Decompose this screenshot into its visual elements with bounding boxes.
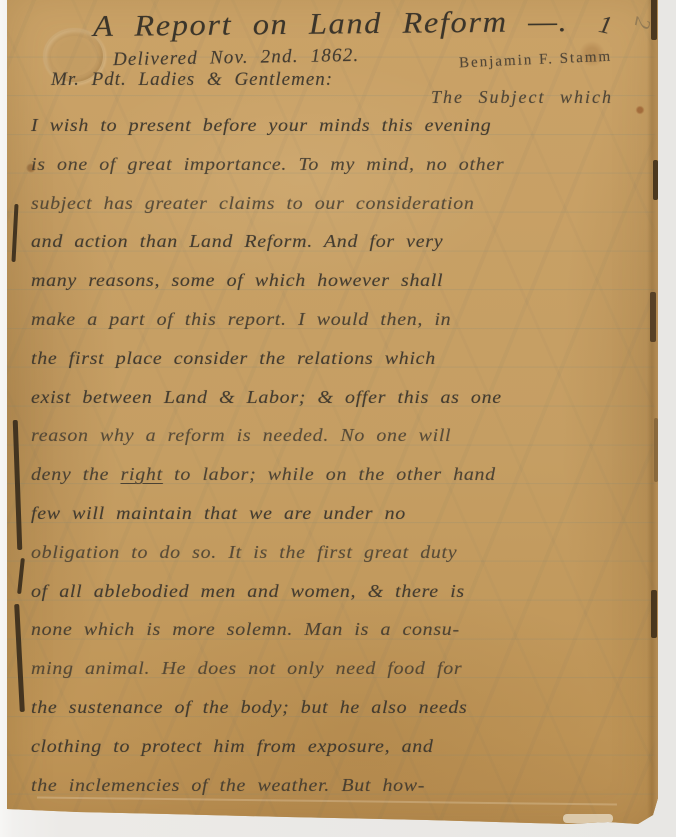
manuscript-line: of all ablebodied men and women, & there… [31,572,504,611]
page-number: 1 [596,11,614,41]
edge-damage-patch [563,814,613,823]
torn-edge-fragment [654,418,658,482]
salutation-line: Mr. Pdt. Ladies & Gentlemen: [51,69,333,91]
manuscript-line: subject has greater claims to our consid… [31,184,504,223]
torn-edge-fragment [650,292,656,342]
binding-mark [17,558,25,594]
document-title: A Report on Land Reform —. [93,5,569,44]
torn-edge-fragment [651,0,657,40]
manuscript-line: many reasons, some of which however shal… [31,261,504,300]
manuscript-line: exist between Land & Labor; & offer this… [31,378,504,417]
manuscript-line: and action than Land Reform. And for ver… [31,222,504,261]
manuscript-line: I wish to present before your minds this… [31,106,504,145]
manuscript-body: I wish to present before your minds this… [31,106,446,804]
torn-edge-fragment [651,590,657,638]
binding-mark [11,204,18,262]
manuscript-page: A Report on Land Reform —. 1 Delivered N… [7,0,658,837]
manuscript-line: none which is more solemn. Man is a cons… [31,610,504,649]
document-scan: A Report on Land Reform —. 1 Delivered N… [0,0,676,837]
manuscript-line: clothing to protect him from exposure, a… [31,727,504,766]
delivery-date-line: Delivered Nov. 2nd. 1862. [113,45,360,71]
manuscript-line: the sustenance of the body; but he also … [31,688,504,727]
manuscript-line: the first place consider the relations w… [31,339,504,378]
opening-phrase: The Subject which [431,87,613,108]
underlined-word: right [121,464,163,484]
manuscript-line: make a part of this report. I would then… [31,300,504,339]
binding-mark [14,604,25,712]
manuscript-line: few will maintain that we are under no [31,494,504,533]
manuscript-line: deny the right to labor; while on the ot… [31,455,504,494]
torn-edge-fragment [653,160,658,200]
manuscript-line: obligation to do so. It is the first gre… [31,533,504,572]
manuscript-line: ming animal. He does not only need food … [31,649,504,688]
manuscript-line: reason why a reform is needed. No one wi… [31,416,504,455]
binding-mark [13,420,23,550]
author-name: Benjamin F. Stamm [459,49,613,73]
manuscript-line: is one of great importance. To my mind, … [31,145,504,184]
